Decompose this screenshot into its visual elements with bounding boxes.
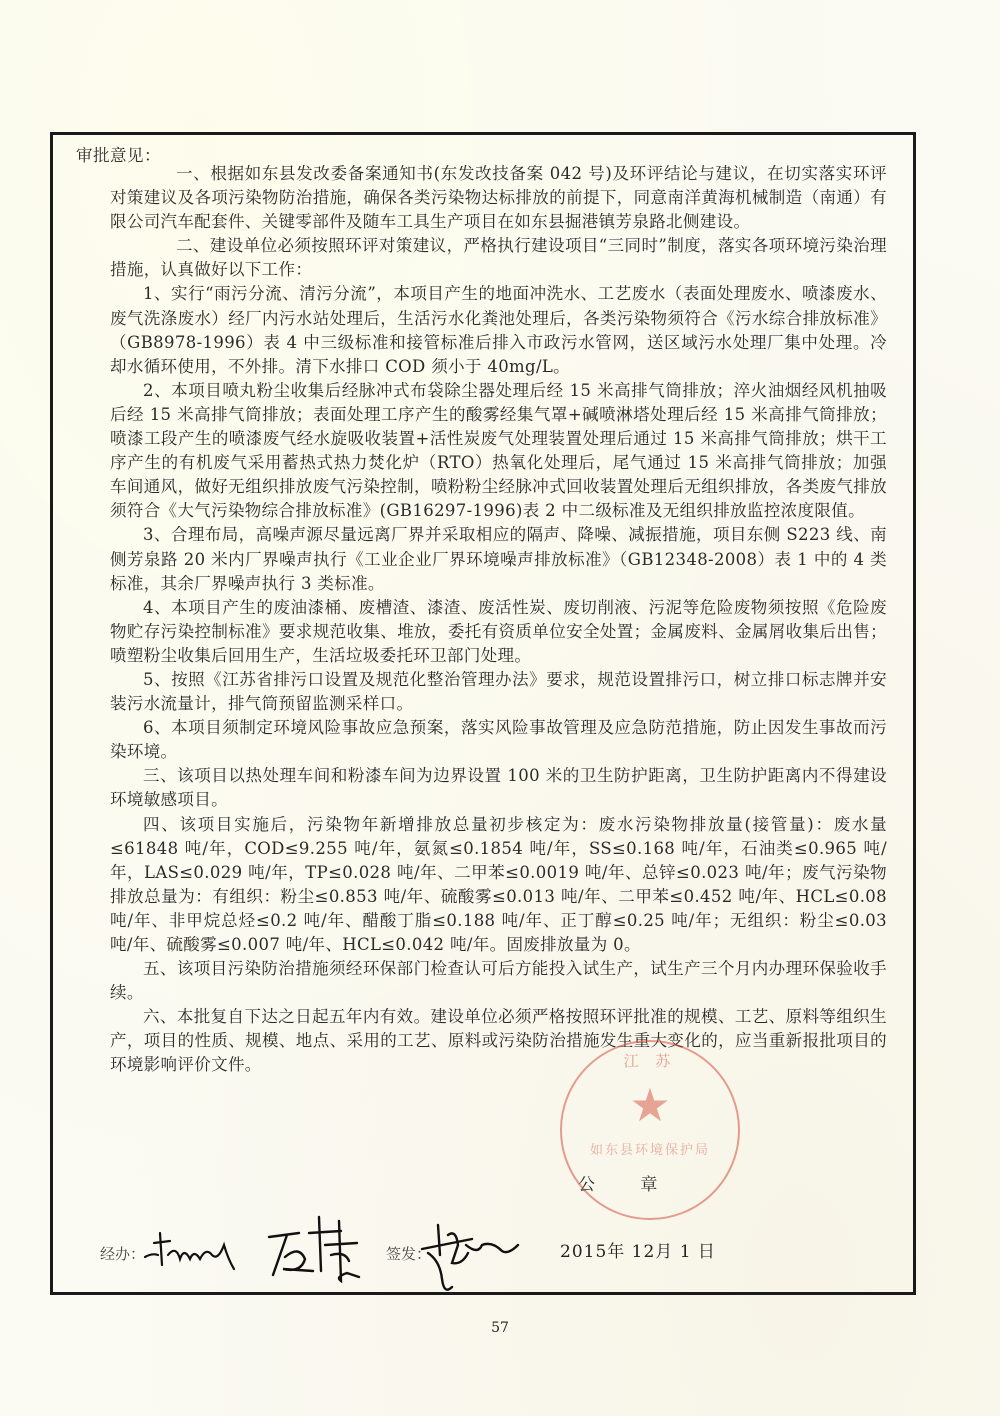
seal-bottom-text: 如东县环境保护局 [584, 1142, 716, 1159]
clause-2-item-1: 1、实行“雨污分流、清污分流”，本项目产生的地面冲洗水、工艺废水（表面处理废水、… [110, 282, 887, 378]
clause-2-item-2: 2、本项目喷丸粉尘收集后经脉冲式布袋除尘器处理后经 15 米高排气筒排放；淬火油… [110, 379, 887, 524]
clause-2-item-4: 4、本项目产生的废油漆桶、废槽渣、漆渣、废活性炭、废切削液、污泥等危险废物须按照… [110, 596, 887, 668]
clause-2-item-3: 3、合理布局，高噪声源尽量远离厂界并采取相应的隔声、降噪、减振措施，项目东侧 S… [110, 523, 887, 595]
handler-signature-1 [140, 1225, 240, 1275]
clause-5: 五、该项目污染防治措施须经环保部门检查认可后方能投入试生产，试生产三个月内办理环… [110, 957, 887, 1005]
clause-2: 二、建设单位必须按照环评对策建议，严格执行建设项目“三同时”制度，落实各项环境污… [110, 234, 887, 282]
handler-signature-2 [265, 1211, 375, 1283]
clause-3: 三、该项目以热处理车间和粉漆车间为边界设置 100 米的卫生防护距离，卫生防护距… [110, 764, 887, 812]
approval-body: 一、根据如东县发改委备案通知书(东发改技备案 042 号)及环评结论与建议，在切… [110, 162, 887, 1078]
handler-label: 经办： [100, 1243, 145, 1264]
seal-label: 公 章 [578, 1170, 677, 1195]
clause-2-item-5: 5、按照《江苏省排污口设置及规范化整治管理办法》要求，规范设置排污口，树立排口标… [110, 668, 887, 716]
page-number: 57 [0, 1320, 1000, 1336]
clause-4: 四、该项目实施后，污染物年新增排放总量初步核定为：废水污染物排放量(接管量)：废… [110, 813, 887, 958]
issuer-signature [422, 1215, 532, 1295]
seal-top-text: 江 苏 [562, 1050, 738, 1071]
signature-date: 2015年 12月 1 日 [560, 1237, 716, 1262]
seal-star-icon: ★ [629, 1078, 670, 1132]
signature-row: 经办： 签发： 2015年 12月 1 日 [100, 1225, 740, 1285]
clause-1: 一、根据如东县发改委备案通知书(东发改技备案 042 号)及环评结论与建议，在切… [110, 162, 887, 234]
clause-6: 六、本批复自下达之日起五年内有效。建设单位必须严格按照环评批准的规模、工艺、原料… [110, 1005, 887, 1077]
clause-2-item-6: 6、本项目须制定环境风险事故应急预案，落实风险事故管理及应急防范措施，防止因发生… [110, 716, 887, 764]
